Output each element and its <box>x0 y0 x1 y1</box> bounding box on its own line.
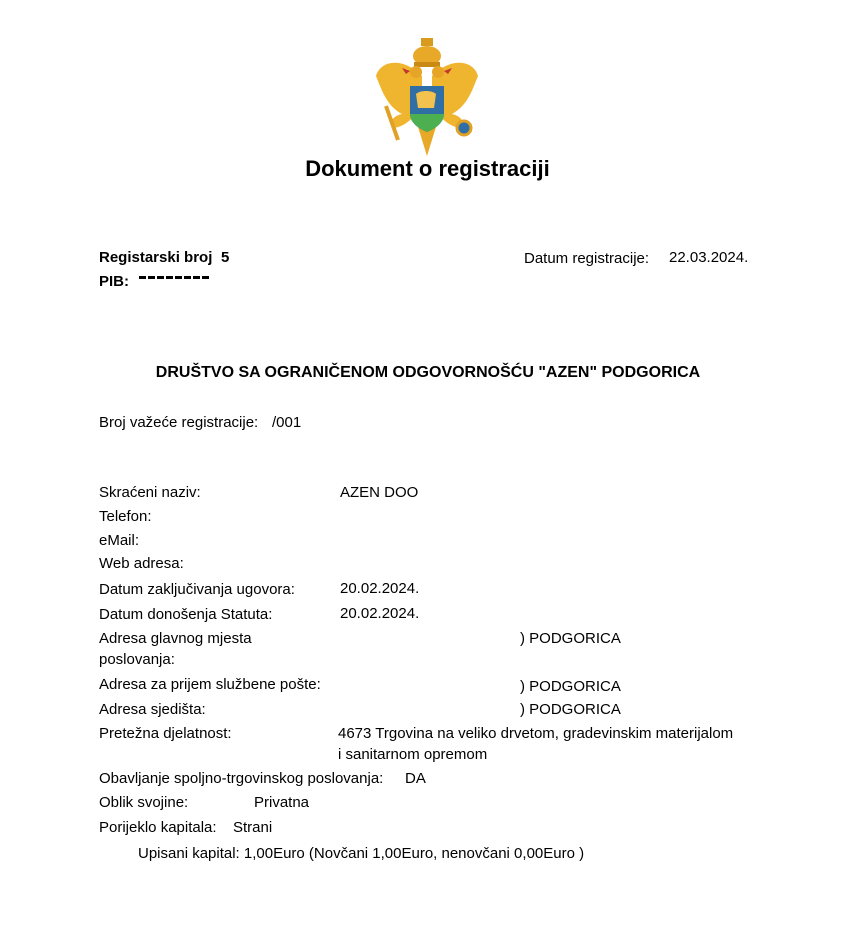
field-value-main-address: ) PODGORICA <box>520 630 621 647</box>
capital-origin-label: Porijeklo kapitala: <box>99 819 217 836</box>
registry-number-value: 5 <box>221 249 229 266</box>
field-label-contract-date: Datum zaključivanja ugovora: <box>99 581 295 598</box>
capital-origin-value: Strani <box>233 819 272 836</box>
registration-date-label: Datum registracije: <box>524 250 649 267</box>
field-value-contract-date: 20.02.2024. <box>340 580 419 597</box>
registry-number-label: Registarski broj <box>99 249 212 266</box>
field-label-main-address: Adresa glavnog mjesta <box>99 630 252 647</box>
field-value-mail-address: ) PODGORICA <box>520 678 621 695</box>
field-label-statute-date: Datum donošenja Statuta: <box>99 606 272 623</box>
pib-label: PIB: <box>99 273 129 290</box>
field-value-main-activity-line2: i sanitarnom opremom <box>338 746 487 763</box>
field-label-main-activity: Pretežna djelatnost: <box>99 725 232 742</box>
valid-registration-value: /001 <box>272 414 301 431</box>
field-value-main-activity: 4673 Trgovina na veliko drvetom, gradevi… <box>338 725 733 742</box>
company-full-name: DRUŠTVO SA OGRANIČENOM ODGOVORNOŠĆU "AZE… <box>0 364 856 382</box>
foreign-trade-label: Obavljanje spoljno-trgovinskog poslovanj… <box>99 770 383 787</box>
registered-capital: Upisani kapital: 1,00Euro (Novčani 1,00E… <box>138 845 584 862</box>
ownership-value: Privatna <box>254 794 309 811</box>
field-value-seat-address: ) PODGORICA <box>520 701 621 718</box>
foreign-trade-value: DA <box>405 770 426 787</box>
field-value-statute-date: 20.02.2024. <box>340 605 419 622</box>
field-label-short-name: Skraćeni naziv: <box>99 484 201 501</box>
document-title: Dokument o registraciji <box>0 156 855 182</box>
registration-date-value: 22.03.2024. <box>669 249 748 266</box>
coat-of-arms-icon <box>372 36 482 160</box>
field-value-short-name: AZEN DOO <box>340 484 418 501</box>
field-label-seat-address: Adresa sjedišta: <box>99 701 206 718</box>
pib-value-redacted <box>139 276 209 279</box>
field-label-email: eMail: <box>99 532 139 549</box>
valid-registration-label: Broj važeće registracije: <box>99 414 258 431</box>
field-label-phone: Telefon: <box>99 508 152 525</box>
field-label-web: Web adresa: <box>99 555 184 572</box>
field-label-mail-address: Adresa za prijem službene pošte: <box>99 676 321 693</box>
field-label-main-address-line2: poslovanja: <box>99 651 175 668</box>
ownership-label: Oblik svojine: <box>99 794 188 811</box>
